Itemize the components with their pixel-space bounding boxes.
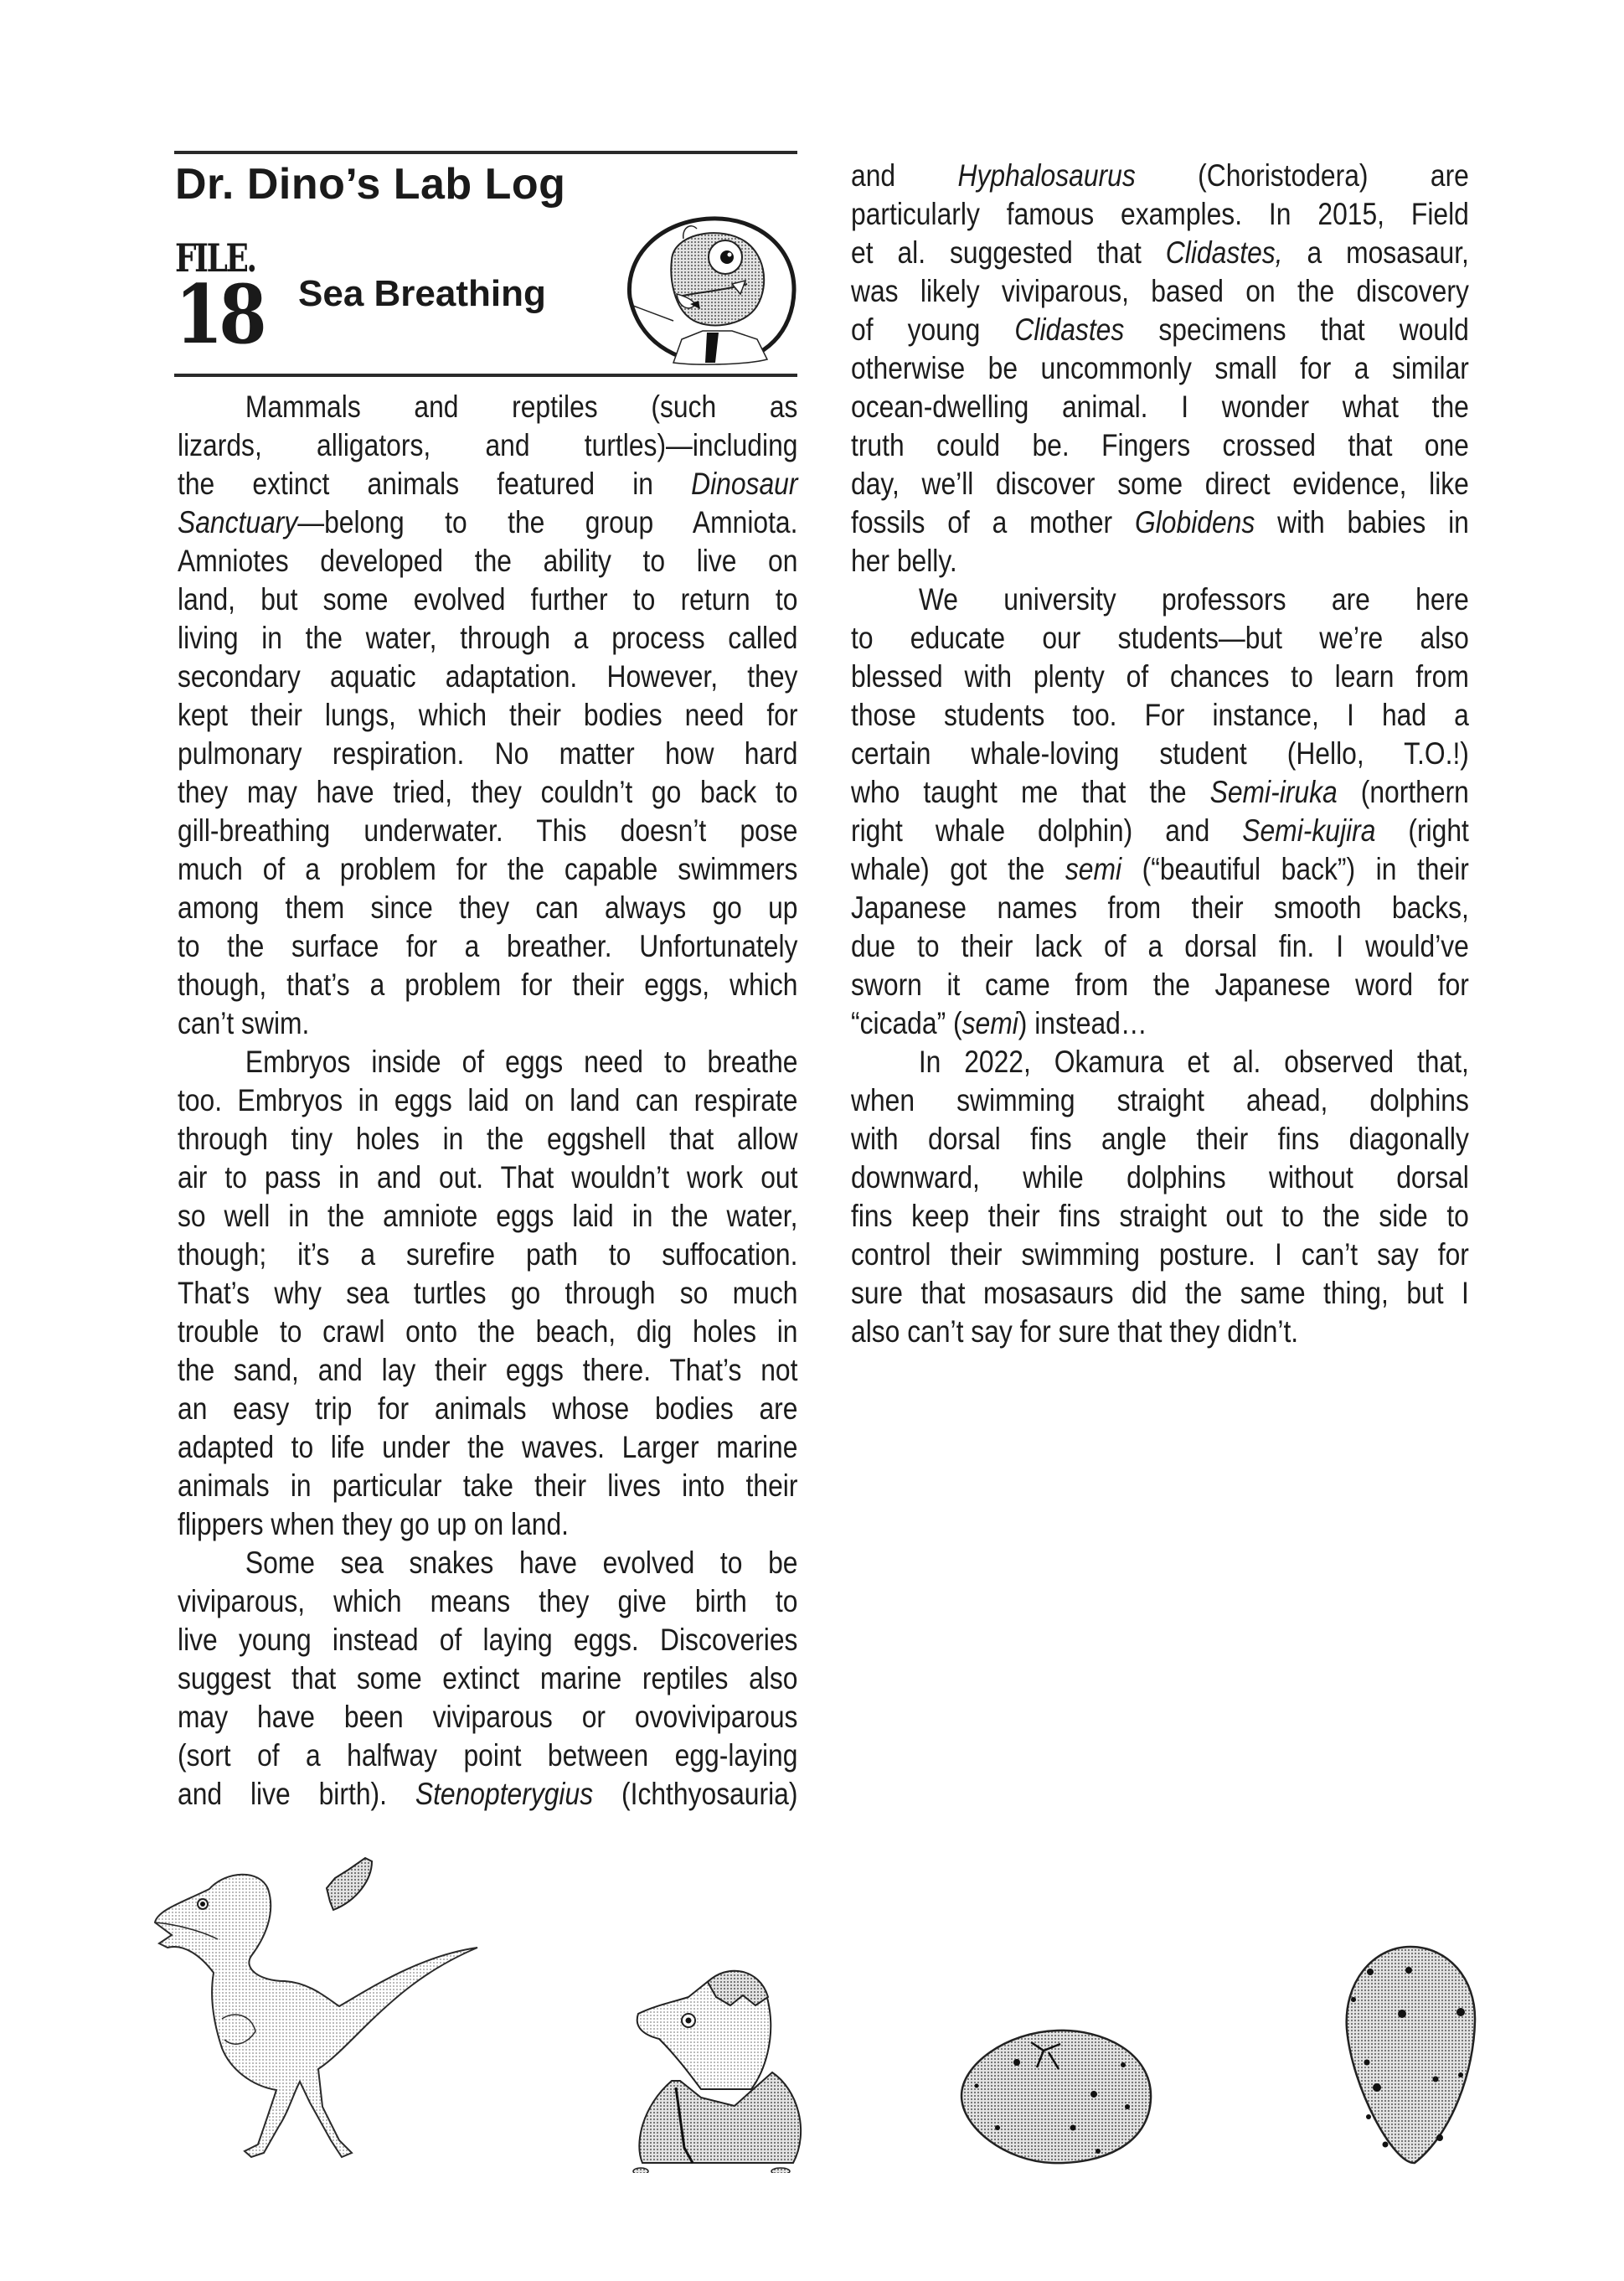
text-segment: the sand, and lay their eggs there. That…	[178, 1353, 797, 1387]
text-segment: due to their lack of a dorsal fin. I wou…	[851, 929, 1469, 963]
text-line: et al. suggested that Clidastes, a mosas…	[851, 234, 1469, 272]
text-line: though, that’s a problem for their eggs,…	[178, 966, 797, 1004]
text-line: much of a problem for the capable swimme…	[178, 850, 797, 889]
italic-term: semi	[1065, 852, 1121, 886]
text-segment: air to pass in and out. That wouldn’t wo…	[178, 1160, 797, 1195]
text-segment: living in the water, through a process c…	[178, 621, 797, 655]
text-segment: (“beautiful back”) in their	[1121, 852, 1469, 886]
text-line: particularly famous examples. In 2015, F…	[851, 195, 1469, 234]
italic-term: Semi-kujira	[1242, 813, 1375, 848]
italic-term: Sanctuary	[178, 505, 297, 539]
text-segment: when swimming straight ahead, dolphins	[851, 1083, 1469, 1117]
text-line: suggest that some extinct marine reptile…	[178, 1659, 797, 1698]
text-segment: the extinct animals featured in	[178, 467, 691, 501]
text-segment: adapted to life under the waves. Larger …	[178, 1430, 797, 1464]
text-segment: land, but some evolved further to return…	[178, 582, 797, 617]
text-line: secondary aquatic adaptation. However, t…	[178, 658, 797, 696]
text-segment: an easy trip for animals whose bodies ar…	[178, 1391, 797, 1426]
text-line: truth could be. Fingers crossed that one	[851, 426, 1469, 465]
text-line: Mammals and reptiles (such as	[178, 388, 797, 426]
text-segment: blessed with plenty of chances to learn …	[851, 659, 1469, 694]
text-segment: through tiny holes in the eggshell that …	[178, 1122, 797, 1156]
text-line: otherwise be uncommonly small for a simi…	[851, 349, 1469, 388]
text-line: fins keep their fins straight out to the…	[851, 1197, 1469, 1236]
eggshell-fragment-illustration	[323, 1855, 375, 1913]
text-segment: with dorsal fins angle their fins diagon…	[851, 1122, 1469, 1156]
text-segment: pulmonary respiration. No matter how har…	[178, 736, 797, 771]
series-title: Dr. Dino’s Lab Log	[175, 159, 565, 209]
text-line: they may have tried, they couldn’t go ba…	[178, 773, 797, 812]
text-segment: a mosasaur,	[1283, 235, 1469, 270]
text-line: and Hyphalosaurus (Choristodera) are	[851, 157, 1469, 195]
text-line: lizards, alligators, and turtles)—includ…	[178, 426, 797, 465]
text-segment: (right	[1375, 813, 1468, 848]
right-text-column: and Hyphalosaurus (Choristodera) arepart…	[851, 157, 1469, 1351]
italic-term: Dinosaur	[691, 467, 797, 501]
italic-term: Stenopterygius	[415, 1777, 593, 1811]
text-line: so well in the amniote eggs laid in the …	[178, 1197, 797, 1236]
text-segment: who taught me that the	[851, 775, 1210, 809]
text-segment: they may have tried, they couldn’t go ba…	[178, 775, 797, 809]
text-segment: kept their lungs, which their bodies nee…	[178, 698, 797, 732]
text-segment: fins keep their fins straight out to the…	[851, 1199, 1469, 1233]
text-line: the sand, and lay their eggs there. That…	[178, 1351, 797, 1390]
text-line: sworn it came from the Japanese word for	[851, 966, 1469, 1004]
text-segment: though, that’s a problem for their eggs,…	[178, 968, 797, 1002]
text-line: sure that mosasaurs did the same thing, …	[851, 1274, 1469, 1313]
text-segment: and	[851, 158, 957, 193]
cracking-egg-illustration	[960, 2027, 1154, 2166]
text-segment: particularly famous examples. In 2015, F…	[851, 197, 1469, 231]
text-line: animals in particular take their lives i…	[178, 1467, 797, 1505]
text-line: downward, while dolphins without dorsal	[851, 1159, 1469, 1197]
text-segment: fossils of a mother	[851, 505, 1135, 539]
text-line: too. Embryos in eggs laid on land can re…	[178, 1081, 797, 1120]
text-segment: truth could be. Fingers crossed that one	[851, 428, 1469, 462]
text-line: kept their lungs, which their bodies nee…	[178, 696, 797, 735]
hatchling-in-egg-illustration	[609, 1964, 817, 2173]
text-line: among them since they can always go up	[178, 889, 797, 927]
text-segment: “cicada” (	[851, 1006, 962, 1040]
text-segment: too. Embryos in eggs laid on land can re…	[178, 1083, 797, 1117]
text-line: to educate our students—but we’re also	[851, 619, 1469, 658]
text-line: gill-breathing underwater. This doesn’t …	[178, 812, 797, 850]
text-segment: those students too. For instance, I had …	[851, 698, 1469, 732]
text-segment: was likely viviparous, based on the disc…	[851, 274, 1469, 308]
text-segment: much of a problem for the capable swimme…	[178, 852, 797, 886]
italic-term: Clidastes	[1014, 312, 1124, 347]
text-line: those students too. For instance, I had …	[851, 696, 1469, 735]
text-line: pulmonary respiration. No matter how har…	[178, 735, 797, 773]
text-segment: Embryos inside of eggs need to breathe	[245, 1045, 798, 1079]
text-segment: trouble to crawl onto the beach, dig hol…	[178, 1314, 797, 1349]
italic-term: Globidens	[1135, 505, 1255, 539]
text-line: certain whale-loving student (Hello, T.O…	[851, 735, 1469, 773]
text-segment: of young	[851, 312, 1014, 347]
text-line: whale) got the semi (“beautiful back”) i…	[851, 850, 1469, 889]
text-line: Embryos inside of eggs need to breathe	[178, 1043, 797, 1081]
text-segment: (Ichthyosauria)	[593, 1777, 797, 1811]
text-line: ocean-dwelling animal. I wonder what the	[851, 388, 1469, 426]
text-line: day, we’ll discover some direct evidence…	[851, 465, 1469, 503]
text-line: right whale dolphin) and Semi-kujira (ri…	[851, 812, 1469, 850]
file-title: Sea Breathing	[298, 273, 546, 315]
text-segment: flippers when they go up on land.	[178, 1507, 569, 1541]
text-line: due to their lack of a dorsal fin. I wou…	[851, 927, 1469, 966]
text-segment: secondary aquatic adaptation. However, t…	[178, 659, 797, 694]
text-line: when swimming straight ahead, dolphins	[851, 1081, 1469, 1120]
text-segment: downward, while dolphins without dorsal	[851, 1160, 1469, 1195]
text-segment: may have been viviparous or ovoviviparou…	[178, 1700, 797, 1734]
text-segment: (sort of a halfway point between egg-lay…	[178, 1738, 797, 1773]
text-line: though; it’s a surefire path to suffocat…	[178, 1236, 797, 1274]
italic-term: Hyphalosaurus	[957, 158, 1135, 193]
text-segment: We university professors are here	[919, 582, 1469, 617]
text-line: was likely viviparous, based on the disc…	[851, 272, 1469, 311]
italic-term: semi	[962, 1006, 1018, 1040]
text-segment: sure that mosasaurs did the same thing, …	[851, 1276, 1469, 1310]
text-segment: sworn it came from the Japanese word for	[851, 968, 1469, 1002]
italic-term: Clidastes,	[1166, 235, 1283, 270]
text-segment: ocean-dwelling animal. I wonder what the	[851, 390, 1469, 424]
text-segment: viviparous, which means they give birth …	[178, 1584, 797, 1618]
text-segment: can’t swim.	[178, 1006, 309, 1040]
text-line: through tiny holes in the eggshell that …	[178, 1120, 797, 1159]
text-segment: (Choristodera) are	[1136, 158, 1469, 193]
text-segment: et al. suggested that	[851, 235, 1166, 270]
text-line: adapted to life under the waves. Larger …	[178, 1428, 797, 1467]
text-segment: specimens that would	[1124, 312, 1469, 347]
text-segment: certain whale-loving student (Hello, T.O…	[851, 736, 1469, 771]
text-line: Japanese names from their smooth backs,	[851, 889, 1469, 927]
left-text-column: Mammals and reptiles (such aslizards, al…	[178, 388, 797, 1814]
text-segment: though; it’s a surefire path to suffocat…	[178, 1237, 797, 1272]
text-segment: live young instead of laying eggs. Disco…	[178, 1623, 797, 1657]
text-line: can’t swim.	[178, 1004, 797, 1043]
text-segment: so well in the amniote eggs laid in the …	[178, 1199, 797, 1233]
text-line: live young instead of laying eggs. Disco…	[178, 1621, 797, 1659]
text-segment: (northern	[1338, 775, 1469, 809]
text-line: viviparous, which means they give birth …	[178, 1582, 797, 1621]
text-line: control their swimming posture. I can’t …	[851, 1236, 1469, 1274]
text-segment: —belong to the group Amniota.	[297, 505, 797, 539]
header-top-rule	[174, 151, 797, 154]
text-line: the extinct animals featured in Dinosaur	[178, 465, 797, 503]
dr-dino-portrait-icon	[623, 214, 799, 366]
text-line: her belly.	[851, 542, 1469, 581]
text-segment: gill-breathing underwater. This doesn’t …	[178, 813, 797, 848]
text-segment: Amniotes developed the ability to live o…	[178, 544, 797, 578]
text-line: of young Clidastes specimens that would	[851, 311, 1469, 349]
text-line: Sanctuary—belong to the group Amniota.	[178, 503, 797, 542]
text-line: flippers when they go up on land.	[178, 1505, 797, 1544]
text-line: In 2022, Okamura et al. observed that,	[851, 1043, 1469, 1081]
upright-egg-illustration	[1343, 1945, 1477, 2166]
text-line: also can’t say for sure that they didn’t…	[851, 1313, 1469, 1351]
text-line: fossils of a mother Globidens with babie…	[851, 503, 1469, 542]
text-segment: to the surface for a breather. Unfortuna…	[178, 929, 797, 963]
text-line: blessed with plenty of chances to learn …	[851, 658, 1469, 696]
text-line: “cicada” (semi) instead…	[851, 1004, 1469, 1043]
text-line: trouble to crawl onto the beach, dig hol…	[178, 1313, 797, 1351]
text-line: with dorsal fins angle their fins diagon…	[851, 1120, 1469, 1159]
italic-term: Semi-iruka	[1210, 775, 1338, 809]
text-segment: lizards, alligators, and turtles)—includ…	[178, 428, 797, 462]
text-segment: animals in particular take their lives i…	[178, 1468, 797, 1503]
text-segment: also can’t say for sure that they didn’t…	[851, 1314, 1298, 1349]
text-segment: In 2022, Okamura et al. observed that,	[919, 1045, 1469, 1079]
text-segment: to educate our students—but we’re also	[851, 621, 1469, 655]
text-line: living in the water, through a process c…	[178, 619, 797, 658]
text-line: That’s why sea turtles go through so muc…	[178, 1274, 797, 1313]
text-segment: Some sea snakes have evolved to be	[245, 1546, 798, 1580]
text-segment: day, we’ll discover some direct evidence…	[851, 467, 1469, 501]
text-line: (sort of a halfway point between egg-lay…	[178, 1737, 797, 1775]
text-line: an easy trip for animals whose bodies ar…	[178, 1390, 797, 1428]
header-bottom-rule	[174, 374, 797, 377]
text-segment: with babies in	[1255, 505, 1469, 539]
text-segment: otherwise be uncommonly small for a simi…	[851, 351, 1469, 385]
text-segment: Mammals and reptiles (such as	[245, 390, 798, 424]
text-line: Amniotes developed the ability to live o…	[178, 542, 797, 581]
text-line: to the surface for a breather. Unfortuna…	[178, 927, 797, 966]
text-segment: Japanese names from their smooth backs,	[851, 890, 1469, 925]
text-line: Some sea snakes have evolved to be	[178, 1544, 797, 1582]
text-segment: right whale dolphin) and	[851, 813, 1242, 848]
text-segment: ) instead…	[1018, 1006, 1147, 1040]
text-segment: control their swimming posture. I can’t …	[851, 1237, 1469, 1272]
text-segment: whale) got the	[851, 852, 1065, 886]
text-segment: That’s why sea turtles go through so muc…	[178, 1276, 797, 1310]
text-line: and live birth). Stenopterygius (Ichthyo…	[178, 1775, 797, 1814]
text-segment: suggest that some extinct marine reptile…	[178, 1661, 797, 1695]
text-line: We university professors are here	[851, 581, 1469, 619]
text-segment: among them since they can always go up	[178, 890, 797, 925]
text-segment: her belly.	[851, 544, 957, 578]
text-line: air to pass in and out. That wouldn’t wo…	[178, 1159, 797, 1197]
text-line: may have been viviparous or ovoviviparou…	[178, 1698, 797, 1737]
file-number: 18	[175, 273, 263, 357]
text-segment: and live birth).	[178, 1777, 415, 1811]
text-line: land, but some evolved further to return…	[178, 581, 797, 619]
text-line: who taught me that the Semi-iruka (north…	[851, 773, 1469, 812]
